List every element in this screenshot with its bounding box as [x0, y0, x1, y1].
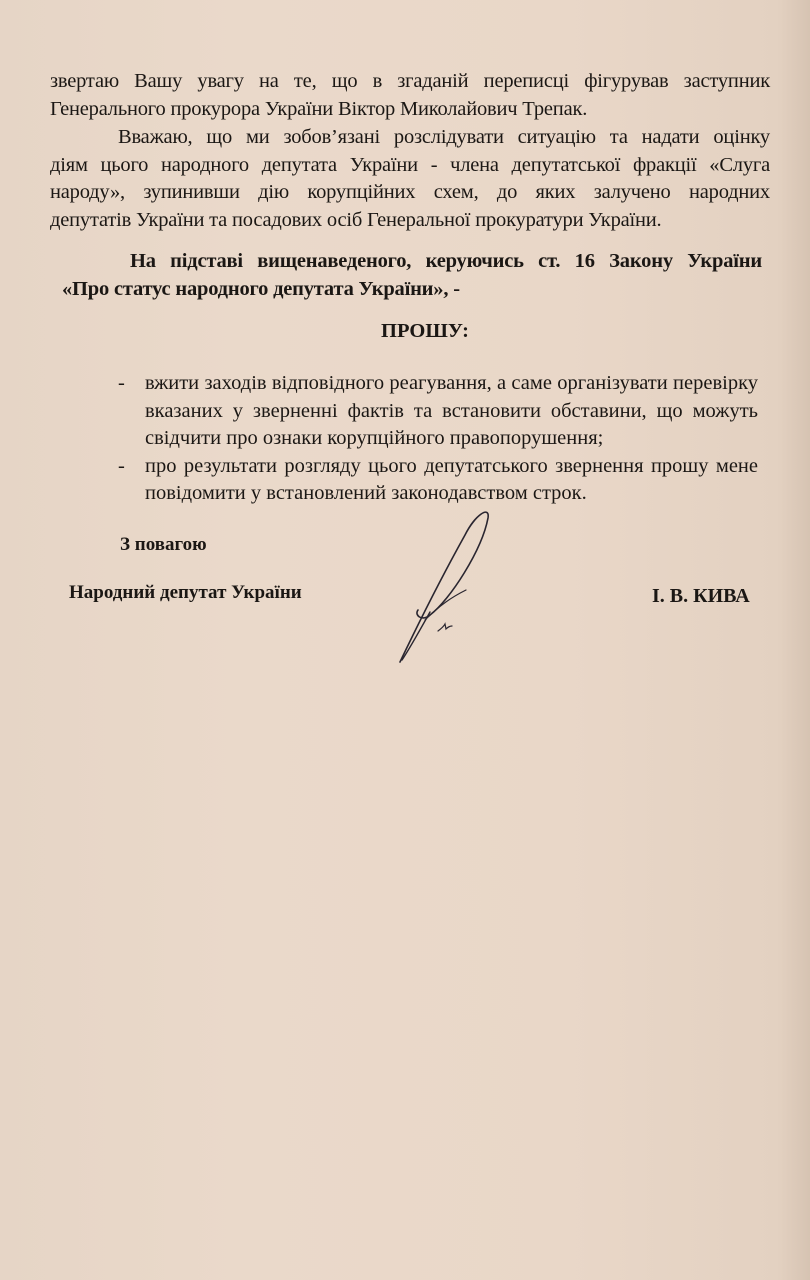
handwritten-signature-icon: [380, 500, 520, 680]
paragraph-line: На підставі вищенаведеного, керуючись ст…: [62, 248, 762, 276]
paragraph-line: діям цього народного депутата України - …: [50, 152, 770, 180]
request-heading: ПРОШУ:: [0, 320, 810, 343]
paragraph-line: народу», зупинивши дію корупційних схем,…: [50, 179, 770, 207]
paragraph-legal-basis: На підставі вищенаведеного, керуючись ст…: [62, 248, 762, 303]
requests-list: - вжити заходів відповідного реагування,…: [118, 370, 758, 508]
paragraph-line: Генерального прокурора України Віктор Ми…: [50, 96, 770, 124]
signatory-title: Народний депутат України: [69, 582, 302, 604]
paragraph-2: Вважаю, що ми зобов’язані розслідувати с…: [50, 124, 770, 234]
dash-bullet: -: [118, 370, 125, 398]
list-item: - вжити заходів відповідного реагування,…: [118, 370, 758, 453]
list-item-line: про результати розгляду цього депутатськ…: [145, 453, 758, 481]
dash-bullet: -: [118, 453, 125, 481]
paragraph-1: звертаю Вашу увагу на те, що в згаданій …: [50, 68, 770, 123]
paragraph-line: «Про статус народного депутата України»,…: [62, 276, 762, 304]
list-item-line: свідчити про ознаки корупційного правопо…: [145, 425, 758, 453]
closing-salutation: З повагою: [120, 534, 207, 556]
list-item-line: вжити заходів відповідного реагування, а…: [145, 370, 758, 398]
paragraph-line: депутатів України та посадових осіб Гене…: [50, 207, 770, 235]
signatory-name: І. В. КИВА: [652, 585, 750, 608]
document-page: звертаю Вашу увагу на те, що в згаданій …: [0, 0, 810, 1280]
paragraph-line: звертаю Вашу увагу на те, що в згаданій …: [50, 68, 770, 96]
list-item-line: вказаних у зверненні фактів та встановит…: [145, 398, 758, 426]
paragraph-line: Вважаю, що ми зобов’язані розслідувати с…: [50, 124, 770, 152]
